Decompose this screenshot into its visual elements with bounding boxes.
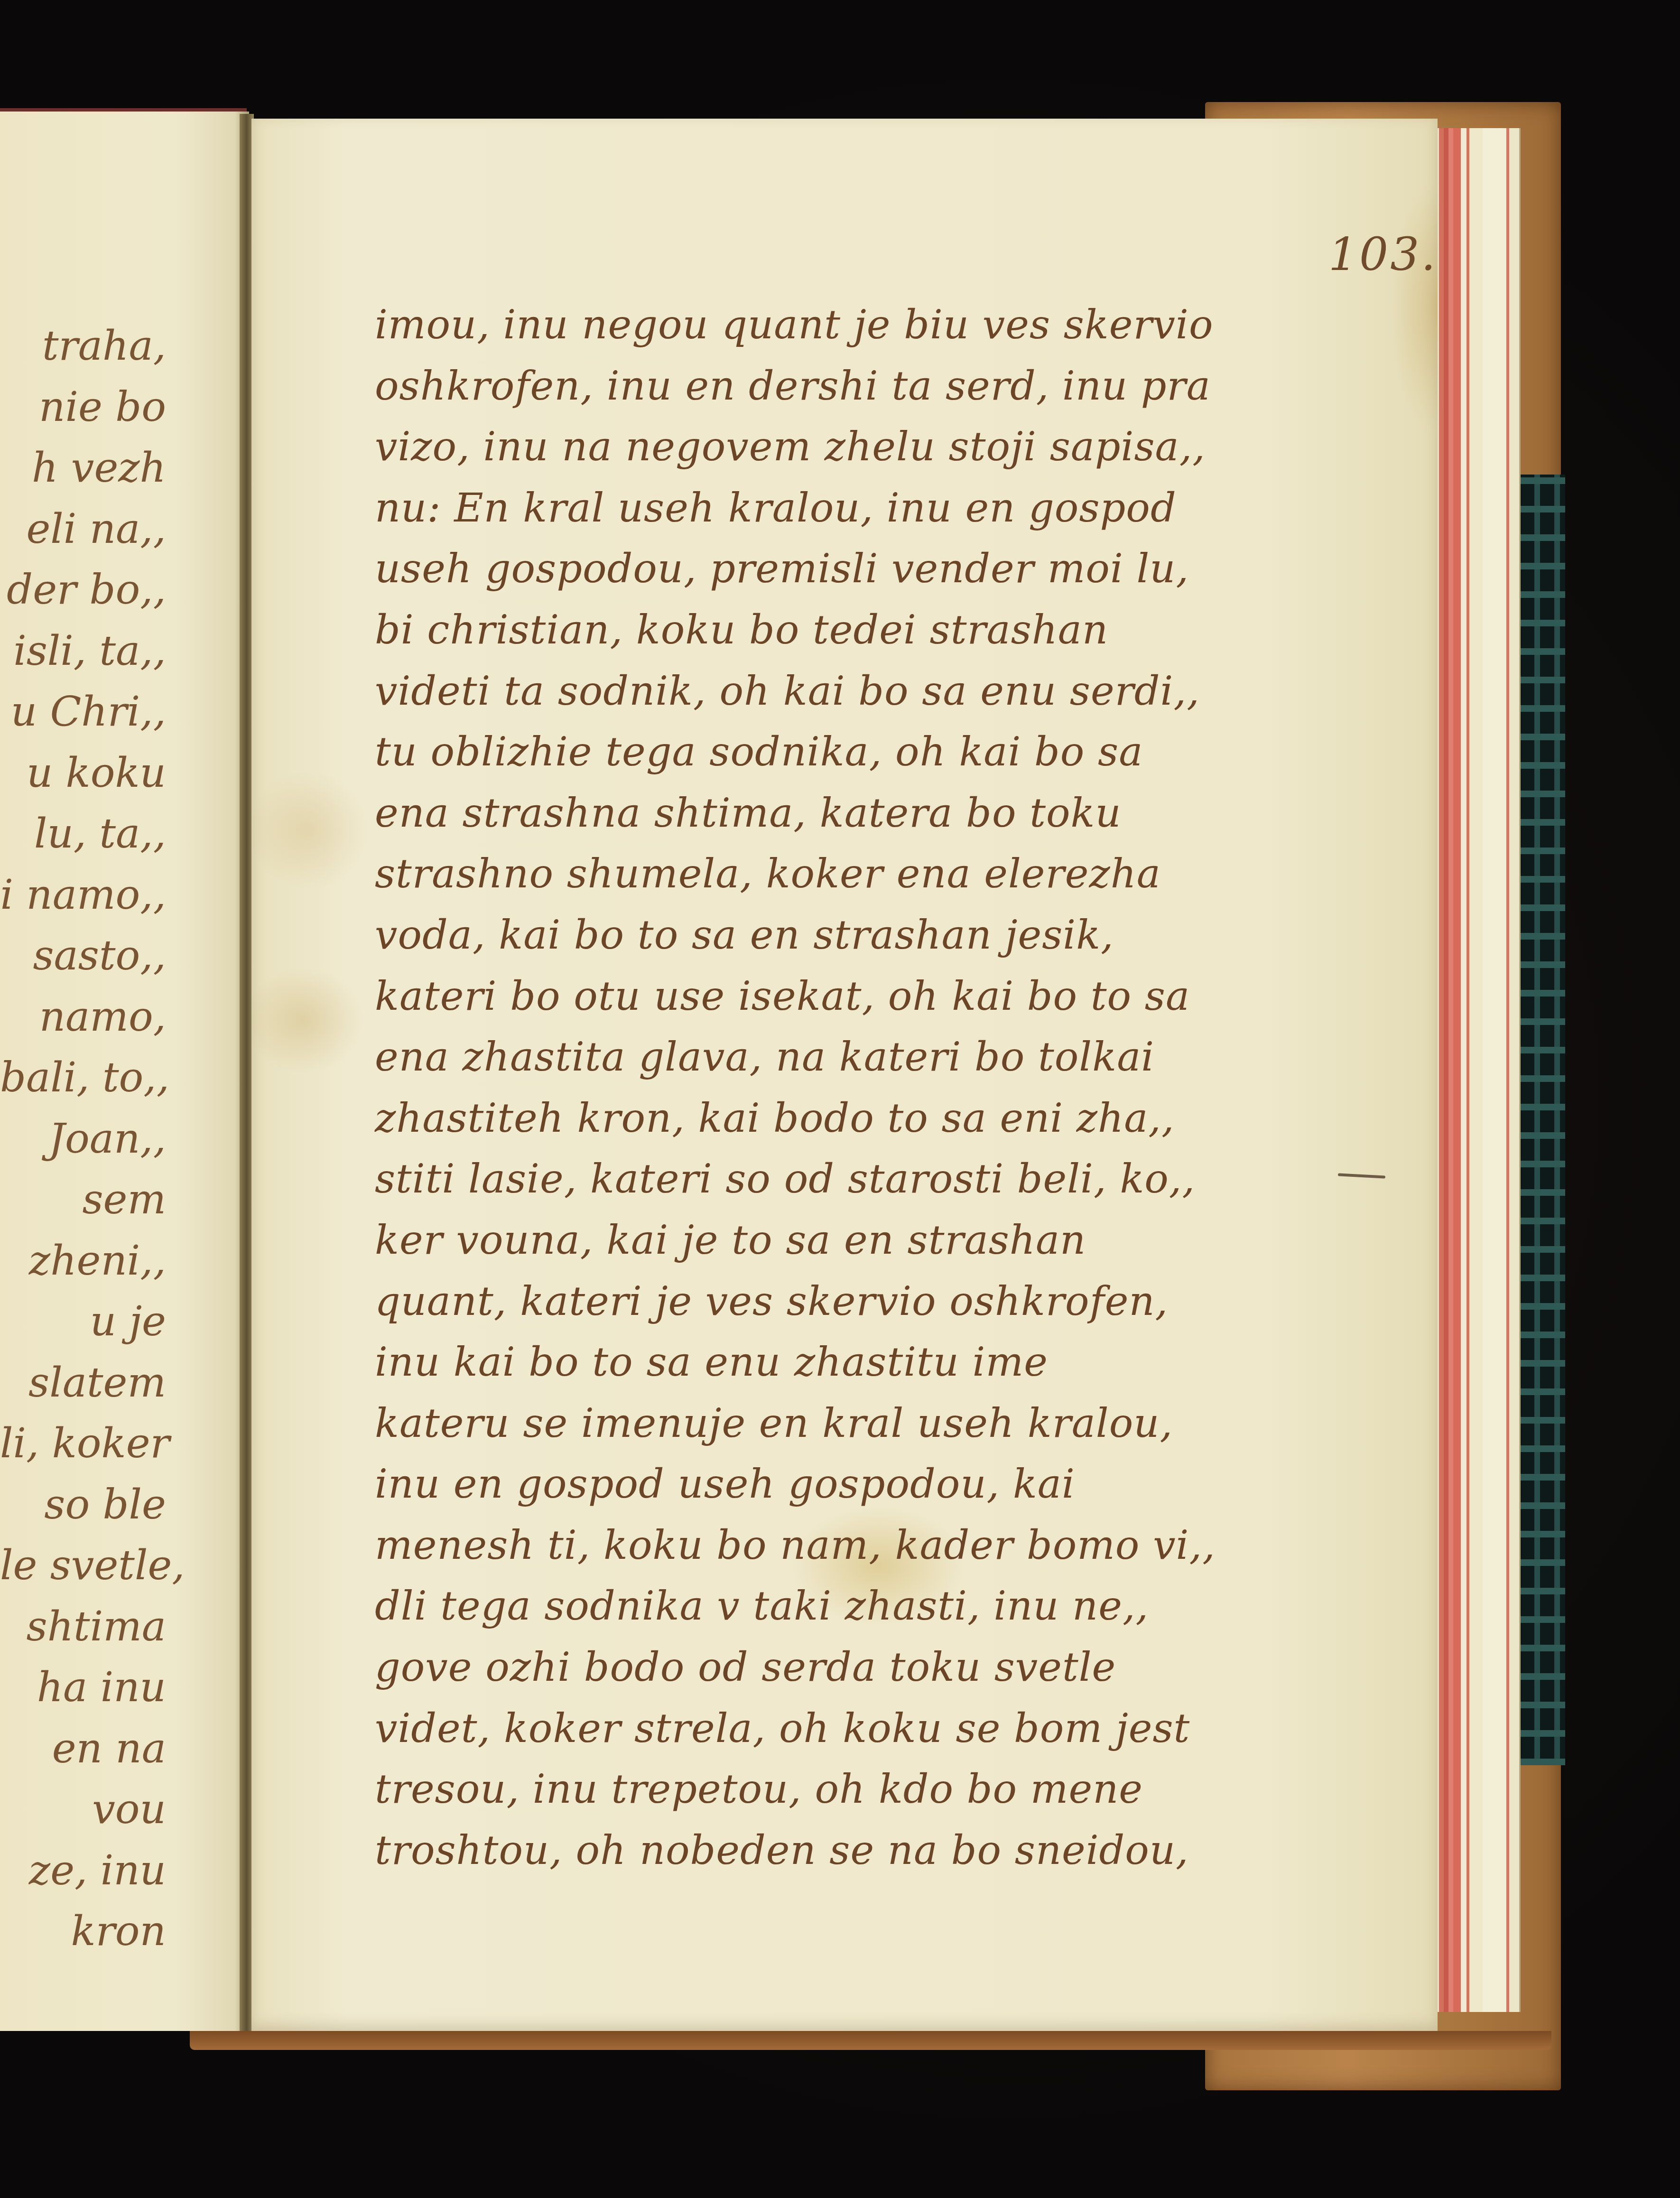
text-line: useh gospodou, premisli vender moi lu, xyxy=(375,538,1428,599)
left-page-verso: traha, nie bo h vezh eli na,, der bo,, i… xyxy=(0,112,249,2031)
left-line: le svetle, xyxy=(0,1535,237,1596)
text-line: ena zhastita glava, na kateri bo tolkai xyxy=(375,1026,1428,1088)
left-line: nie bo xyxy=(0,377,237,438)
left-line: der bo,, xyxy=(0,559,237,621)
text-line: voda, kai bo to sa en strashan jesik, xyxy=(375,904,1428,966)
left-line: i namo,, xyxy=(0,865,237,926)
left-line: Joan,, xyxy=(0,1108,237,1170)
text-line: gove ozhi bodo od serda toku svetle xyxy=(375,1637,1428,1698)
left-line: kron xyxy=(0,1901,237,1962)
marbled-cover-board xyxy=(1518,475,1565,1765)
text-line: quant, kateri je ves skervio oshkrofen, xyxy=(375,1271,1428,1332)
left-line: ze, inu xyxy=(0,1840,237,1901)
left-line: zheni,, xyxy=(0,1230,237,1292)
left-line: h vezh xyxy=(0,438,237,499)
left-line: en na xyxy=(0,1718,237,1779)
text-line: vizo, inu na negovem zhelu stoji sapisa,… xyxy=(375,416,1428,477)
text-line: videt, koker strela, oh koku se bom jest xyxy=(375,1698,1428,1759)
text-line: zhastiteh kron, kai bodo to sa eni zha,, xyxy=(375,1088,1428,1149)
left-line: ha inu xyxy=(0,1657,237,1718)
left-line: u je xyxy=(0,1291,237,1352)
left-page-text: traha, nie bo h vezh eli na,, der bo,, i… xyxy=(0,316,237,1962)
left-line: traha, xyxy=(0,316,237,377)
page-number: 103. xyxy=(1328,228,1438,281)
text-line: menesh ti, koku bo nam, kader bomo vi,, xyxy=(375,1515,1428,1576)
text-line: imou, inu negou quant je biu ves skervio xyxy=(375,294,1428,355)
left-line: shtima xyxy=(0,1596,237,1658)
text-line: dli tega sodnika v taki zhasti, inu ne,, xyxy=(375,1575,1428,1637)
manuscript-text: imou, inu negou quant je biu ves skervio… xyxy=(375,294,1428,1881)
text-line: strashno shumela, koker ena elerezha xyxy=(375,843,1428,904)
leather-bottom-edge xyxy=(190,2031,1551,2050)
left-line: vou xyxy=(0,1779,237,1840)
red-sprinkled-page-edges xyxy=(1435,128,1521,2012)
left-line: lu, ta,, xyxy=(0,803,237,865)
left-line: li, koker xyxy=(0,1413,237,1474)
left-line: namo, xyxy=(0,987,237,1048)
text-line: ker vouna, kai je to sa en strashan xyxy=(375,1210,1428,1271)
left-line: sasto,, xyxy=(0,925,237,987)
right-page-recto: 103. imou, inu negou quant je biu ves sk… xyxy=(251,119,1438,2031)
left-line: u Chri,, xyxy=(0,681,237,743)
text-line: inu kai bo to sa enu zhastitu ime xyxy=(375,1332,1428,1393)
text-line: oshkrofen, inu en dershi ta serd, inu pr… xyxy=(375,355,1428,417)
left-line: bali, to,, xyxy=(0,1047,237,1108)
text-line: tu oblizhie tega sodnika, oh kai bo sa xyxy=(375,721,1428,782)
text-line: videti ta sodnik, oh kai bo sa enu serdi… xyxy=(375,661,1428,722)
text-line: tresou, inu trepetou, oh kdo bo mene xyxy=(375,1759,1428,1820)
left-line: so ble xyxy=(0,1474,237,1536)
text-line: bi christian, koku bo tedei strashan xyxy=(375,599,1428,661)
left-line: u koku xyxy=(0,743,237,804)
left-line: eli na,, xyxy=(0,499,237,560)
text-line: kateri bo otu use isekat, oh kai bo to s… xyxy=(375,966,1428,1027)
left-line: slatem xyxy=(0,1352,237,1414)
text-line: stiti lasie, kateri so od starosti beli,… xyxy=(375,1148,1428,1210)
text-line: kateru se imenuje en kral useh kralou, xyxy=(375,1393,1428,1454)
left-line: sem xyxy=(0,1169,237,1230)
text-line: ena strashna shtima, katera bo toku xyxy=(375,782,1428,844)
text-line: troshtou, oh nobeden se na bo sneidou, xyxy=(375,1820,1428,1881)
text-line: nu: En kral useh kralou, inu en gospod xyxy=(375,477,1428,539)
left-line: isli, ta,, xyxy=(0,621,237,682)
text-line: inu en gospod useh gospodou, kai xyxy=(375,1453,1428,1515)
